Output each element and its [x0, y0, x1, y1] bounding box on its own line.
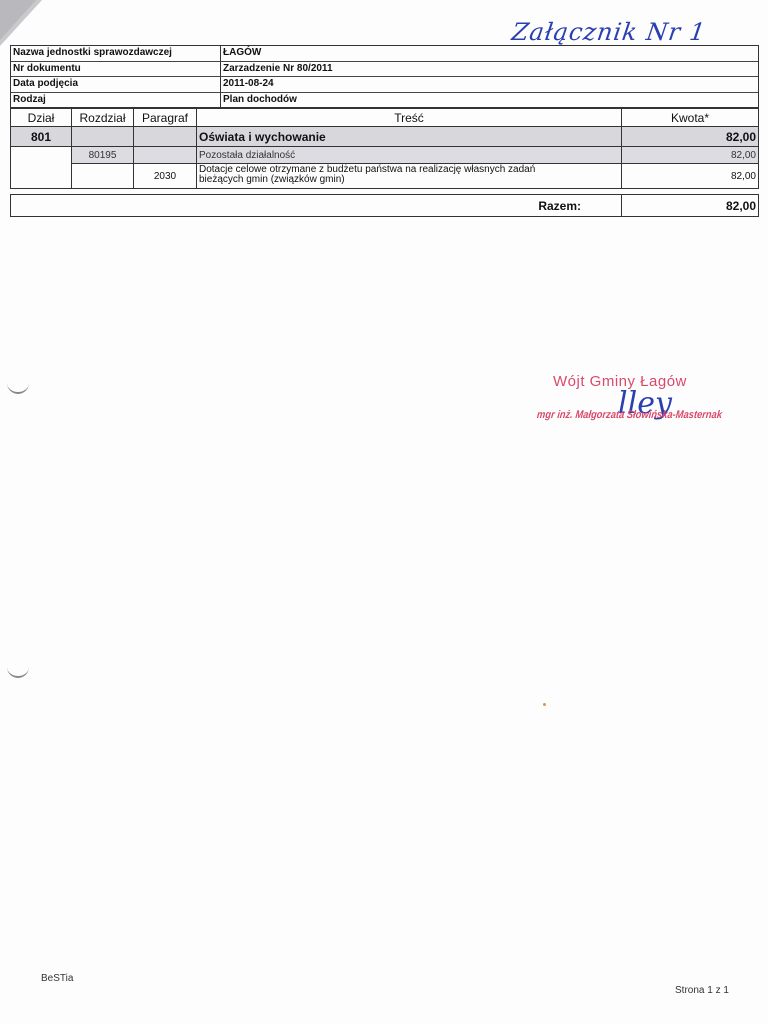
cell-kwota: 82,00: [622, 164, 758, 188]
header-rozdzial: Rozdział: [72, 109, 134, 126]
table-row-paragraf: 2030 Dotacje celowe otrzymane z budżetu …: [72, 164, 758, 188]
budget-table: Dział Rozdział Paragraf Treść Kwota* 801…: [10, 108, 759, 189]
footer-page-number: Strona 1 z 1: [675, 985, 729, 996]
footer-software-label: BeSTia: [41, 973, 73, 984]
cell-dzial: 801: [11, 127, 72, 146]
meta-value: Plan dochodów: [221, 93, 758, 108]
total-label: Razem:: [11, 195, 622, 216]
cell-rozdzial-empty: [72, 127, 134, 146]
cell-tresc: Pozostała działalność: [197, 147, 622, 163]
cell-paragraf: 2030: [134, 164, 197, 188]
cell-rozdzial-empty: [72, 164, 134, 188]
stamp-name: mgr inż. Małgorzata Słowińska-Masternak: [536, 409, 722, 421]
meta-label: Nr dokumentu: [11, 62, 221, 77]
punch-hole-mark: [7, 664, 29, 678]
punch-hole-mark: [7, 380, 29, 394]
table-header-row: Dział Rozdział Paragraf Treść Kwota*: [11, 109, 758, 127]
handwritten-attachment-label: Załącznik Nr 1: [510, 18, 708, 46]
header-kwota: Kwota*: [622, 109, 758, 126]
table-subrows: 80195 Pozostała działalność 82,00 2030 D…: [72, 147, 758, 188]
document-meta-table: Nazwa jednostki sprawozdawczej ŁAGÓW Nr …: [10, 45, 759, 108]
meta-row-type: Rodzaj Plan dochodów: [11, 93, 758, 108]
meta-value: 2011-08-24: [221, 77, 758, 92]
meta-row-date: Data podjęcia 2011-08-24: [11, 77, 758, 93]
meta-row-unit: Nazwa jednostki sprawozdawczej ŁAGÓW: [11, 46, 758, 62]
cell-dzial-span-empty: [11, 147, 72, 188]
cell-paragraf-empty: [134, 147, 197, 163]
header-tresc: Treść: [197, 109, 622, 126]
table-row-rozdzial: 80195 Pozostała działalność 82,00: [72, 147, 758, 164]
meta-label: Rodzaj: [11, 93, 221, 108]
cell-rozdzial: 80195: [72, 147, 134, 163]
cell-tresc: Dotacje celowe otrzymane z budżetu państ…: [197, 164, 622, 188]
header-dzial: Dział: [11, 109, 72, 126]
page-corner-fold-shadow: [0, 0, 36, 40]
table-row-dzial: 801 Oświata i wychowanie 82,00: [11, 127, 758, 147]
total-row: Razem: 82,00: [10, 194, 759, 217]
total-value: 82,00: [622, 195, 758, 216]
meta-row-document-number: Nr dokumentu Zarzadzenie Nr 80/2011: [11, 62, 758, 78]
meta-label: Nazwa jednostki sprawozdawczej: [11, 46, 221, 61]
meta-value: Zarzadzenie Nr 80/2011: [221, 62, 758, 77]
cell-kwota: 82,00: [622, 127, 758, 146]
meta-value: ŁAGÓW: [221, 46, 758, 61]
cell-kwota: 82,00: [622, 147, 758, 163]
meta-label: Data podjęcia: [11, 77, 221, 92]
table-subrows-group: 80195 Pozostała działalność 82,00 2030 D…: [11, 147, 758, 188]
cell-paragraf-empty: [134, 127, 197, 146]
scan-speck: [543, 703, 546, 706]
header-paragraf: Paragraf: [134, 109, 197, 126]
tresc-line-2: bieżących gmin (związków gmin): [199, 175, 345, 185]
cell-tresc: Oświata i wychowanie: [197, 127, 622, 146]
